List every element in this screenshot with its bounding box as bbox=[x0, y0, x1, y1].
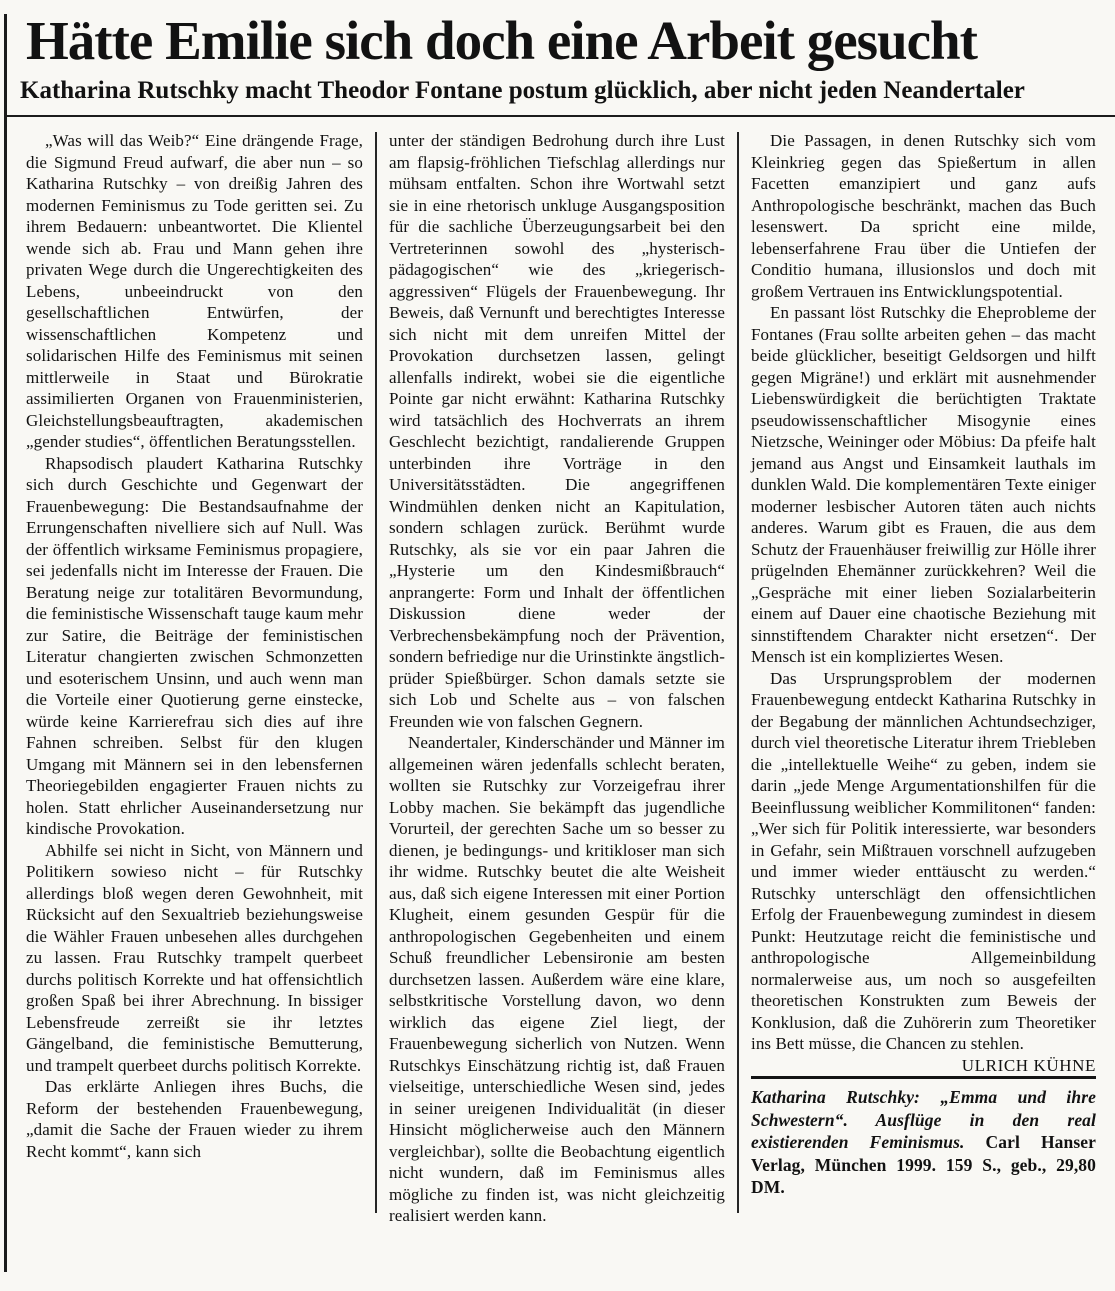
newspaper-article-page: Hätte Emilie sich doch eine Arbeit gesuc… bbox=[0, 0, 1115, 1291]
paragraph: Abhilfe sei nicht in Sicht, von Männern … bbox=[26, 840, 363, 1077]
paragraph: En passant löst Rutschky die Eheprobleme… bbox=[751, 302, 1096, 668]
book-reference: Katharina Rutschky: „Emma und ihre Schwe… bbox=[751, 1086, 1096, 1199]
column-2: unter der ständigen Bedrohung durch ihre… bbox=[389, 130, 725, 1227]
subheadline: Katharina Rutschky macht Theodor Fontane… bbox=[20, 76, 1095, 106]
paragraph: Die Passagen, in denen Rutschky sich vom… bbox=[751, 130, 1096, 302]
headline: Hätte Emilie sich doch eine Arbeit gesuc… bbox=[26, 10, 1095, 72]
paragraph-text: Das Ursprungsproblem der modernen Frauen… bbox=[751, 669, 1096, 1054]
column-divider-1 bbox=[375, 132, 377, 1213]
left-edge-rule bbox=[4, 14, 7, 1272]
paragraph: Das Ursprungsproblem der modernen Frauen… bbox=[751, 668, 1096, 1055]
column-divider-2 bbox=[737, 132, 739, 1213]
paragraph: Neandertaler, Kinderschänder und Männer … bbox=[389, 732, 725, 1227]
paragraph: unter der ständigen Bedrohung durch ihre… bbox=[389, 130, 725, 732]
article-body: „Was will das Weib?“ Eine drängende Frag… bbox=[0, 117, 1115, 1227]
author-byline: ULRICH KÜHNE bbox=[962, 1055, 1096, 1077]
paragraph: Rhapsodisch plaudert Katharina Rutschky … bbox=[26, 453, 363, 840]
paragraph: Das erklärte Anliegen ihres Buchs, die R… bbox=[26, 1076, 363, 1162]
column-3: Die Passagen, in denen Rutschky sich vom… bbox=[751, 130, 1096, 1227]
article-header: Hätte Emilie sich doch eine Arbeit gesuc… bbox=[0, 0, 1115, 106]
paragraph: „Was will das Weib?“ Eine drängende Frag… bbox=[26, 130, 363, 453]
book-reference-divider bbox=[751, 1076, 1096, 1079]
column-1: „Was will das Weib?“ Eine drängende Frag… bbox=[26, 130, 363, 1227]
